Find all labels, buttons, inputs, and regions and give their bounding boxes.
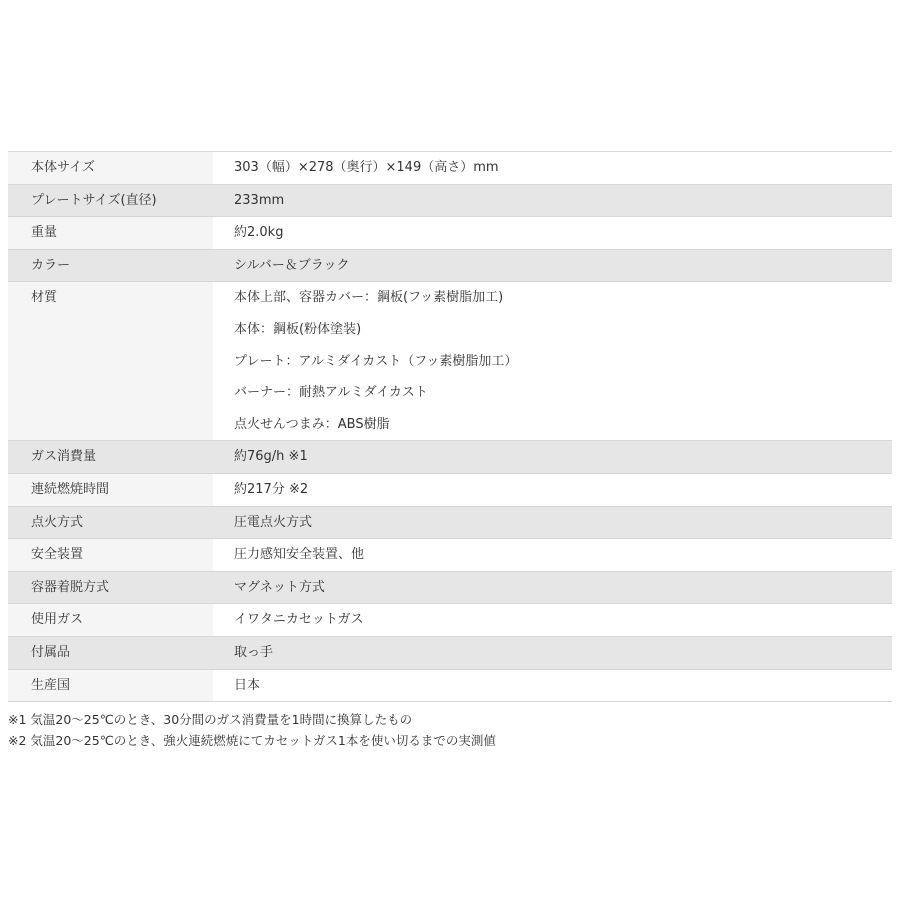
footnote-2: ※2 気温20〜25℃のとき、強火連続燃焼にてカセットガス1本を使い切るまでの実… <box>8 730 496 751</box>
row-value: 約2.0kg <box>213 217 892 249</box>
spec-row-size: 本体サイズ 303（幅）×278（奥行）×149（高さ）mm <box>8 151 892 184</box>
row-value: 日本 <box>213 670 892 702</box>
row-label: 材質 <box>8 282 213 440</box>
row-label: 生産国 <box>8 670 213 702</box>
spec-row-material: 材質 本体上部、容器カバー：鋼板(フッ素樹脂加工) 本体：鋼板(粉体塗装) プレ… <box>8 281 892 440</box>
row-value: イワタニカセットガス <box>213 604 892 636</box>
value-line: シルバー＆ブラック <box>234 250 892 282</box>
row-value: 233mm <box>213 185 892 217</box>
value-line: 圧電点火方式 <box>234 507 892 539</box>
value-line: 約76g/h ※1 <box>234 441 892 473</box>
row-label: プレートサイズ(直径) <box>8 185 213 217</box>
row-value: 約76g/h ※1 <box>213 441 892 473</box>
footnote-1: ※1 気温20〜25℃のとき、30分間のガス消費量を1時間に換算したもの <box>8 709 496 730</box>
row-label: 安全装置 <box>8 539 213 571</box>
row-label: 本体サイズ <box>8 152 213 184</box>
spec-row-gas-consumption: ガス消費量 約76g/h ※1 <box>8 440 892 473</box>
row-value: 303（幅）×278（奥行）×149（高さ）mm <box>213 152 892 184</box>
row-value: シルバー＆ブラック <box>213 250 892 282</box>
row-label: カラー <box>8 250 213 282</box>
value-line: バーナー：耐熱アルミダイカスト <box>234 377 892 409</box>
value-line: プレート：アルミダイカスト（フッ素樹脂加工） <box>234 346 892 378</box>
spec-row-plate-size: プレートサイズ(直径) 233mm <box>8 184 892 217</box>
row-value: 圧電点火方式 <box>213 507 892 539</box>
row-value: マグネット方式 <box>213 572 892 604</box>
value-line: 取っ手 <box>234 637 892 669</box>
value-line: イワタニカセットガス <box>234 604 892 636</box>
value-line: マグネット方式 <box>234 572 892 604</box>
row-value: 取っ手 <box>213 637 892 669</box>
row-label: 重量 <box>8 217 213 249</box>
spec-table: 本体サイズ 303（幅）×278（奥行）×149（高さ）mm プレートサイズ(直… <box>8 151 892 702</box>
spec-row-color: カラー シルバー＆ブラック <box>8 249 892 282</box>
spec-row-attachment: 容器着脱方式 マグネット方式 <box>8 571 892 604</box>
spec-row-safety: 安全装置 圧力感知安全装置、他 <box>8 538 892 571</box>
value-line: 233mm <box>234 185 892 217</box>
spec-row-origin: 生産国 日本 <box>8 669 892 703</box>
value-line: 日本 <box>234 670 892 702</box>
value-line: 本体上部、容器カバー：鋼板(フッ素樹脂加工) <box>234 282 892 314</box>
value-line: 本体：鋼板(粉体塗装) <box>234 314 892 346</box>
spec-row-gas-type: 使用ガス イワタニカセットガス <box>8 603 892 636</box>
spec-row-ignition: 点火方式 圧電点火方式 <box>8 506 892 539</box>
spec-row-burn-time: 連続燃焼時間 約217分 ※2 <box>8 473 892 506</box>
row-label: 使用ガス <box>8 604 213 636</box>
row-label: ガス消費量 <box>8 441 213 473</box>
row-label: 付属品 <box>8 637 213 669</box>
row-value: 本体上部、容器カバー：鋼板(フッ素樹脂加工) 本体：鋼板(粉体塗装) プレート：… <box>213 282 892 440</box>
row-label: 連続燃焼時間 <box>8 474 213 506</box>
value-line: 303（幅）×278（奥行）×149（高さ）mm <box>234 152 892 184</box>
value-line: 約217分 ※2 <box>234 474 892 506</box>
footnotes: ※1 気温20〜25℃のとき、30分間のガス消費量を1時間に換算したもの ※2 … <box>8 709 496 751</box>
value-line: 点火せんつまみ：ABS樹脂 <box>234 409 892 441</box>
value-line: 約2.0kg <box>234 217 892 249</box>
spec-row-weight: 重量 約2.0kg <box>8 216 892 249</box>
row-value: 約217分 ※2 <box>213 474 892 506</box>
row-label: 点火方式 <box>8 507 213 539</box>
row-value: 圧力感知安全装置、他 <box>213 539 892 571</box>
value-line: 圧力感知安全装置、他 <box>234 539 892 571</box>
row-label: 容器着脱方式 <box>8 572 213 604</box>
spec-row-accessories: 付属品 取っ手 <box>8 636 892 669</box>
